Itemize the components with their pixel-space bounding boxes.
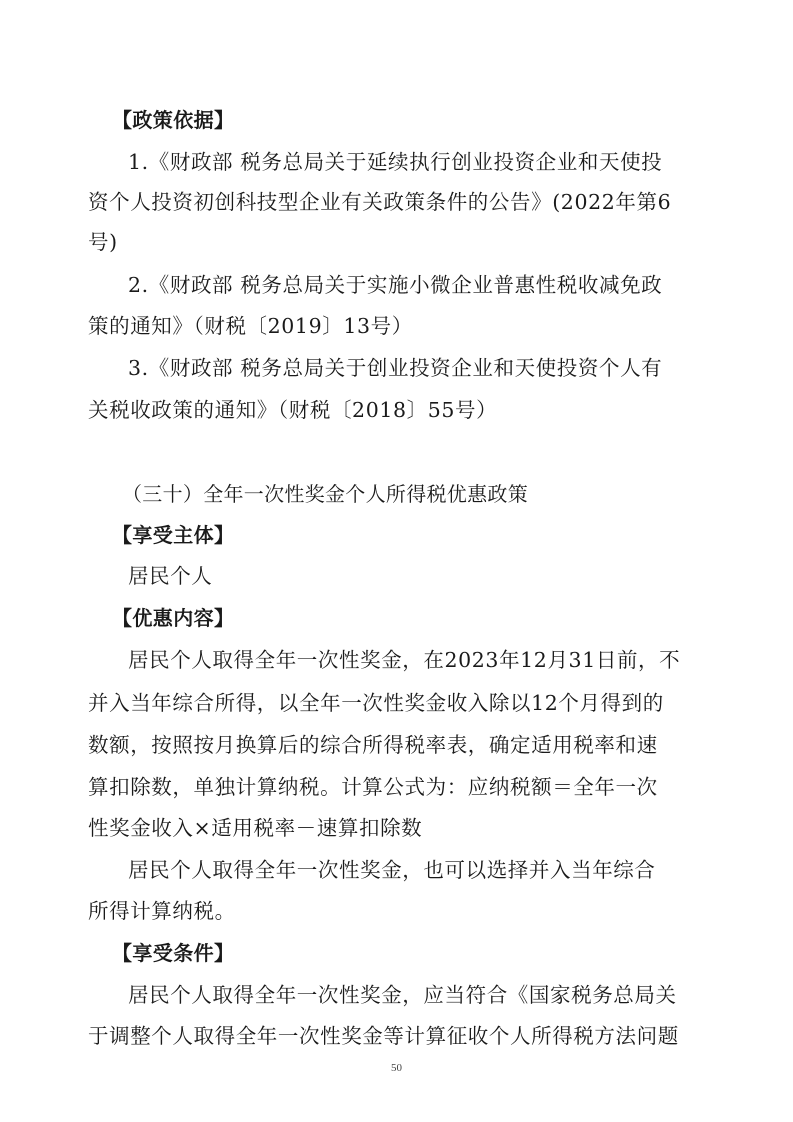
policy-basis-line: 3.《财政部 税务总局关于创业投资企业和天使投资个人有: [128, 355, 748, 381]
policy-basis-line: 关税收政策的通知》（财税〔2018〕55号）: [88, 397, 708, 423]
section-title: （三十）全年一次性奖金个人所得税优惠政策: [122, 481, 742, 507]
page-number: 50: [0, 1062, 793, 1074]
subject-heading: 【享受主体】: [112, 522, 732, 548]
policy-basis-line: 1.《财政部 税务总局关于延续执行创业投资企业和天使投: [128, 149, 748, 175]
content-line: 性奖金收入×适用税率－速算扣除数: [88, 815, 708, 841]
document-page: 【政策依据】 1.《财政部 税务总局关于延续执行创业投资企业和天使投 资个人投资…: [0, 0, 793, 1122]
content-line: 算扣除数，单独计算纳税。计算公式为：应纳税额＝全年一次: [88, 774, 708, 800]
content-line: 并入当年综合所得，以全年一次性奖金收入除以12个月得到的: [88, 690, 708, 716]
content-heading: 【优惠内容】: [112, 605, 732, 631]
condition-line: 居民个人取得全年一次性奖金，应当符合《国家税务总局关: [128, 982, 748, 1008]
policy-basis-heading: 【政策依据】: [112, 107, 732, 133]
condition-heading: 【享受条件】: [112, 940, 732, 966]
condition-line: 于调整个人取得全年一次性奖金等计算征收个人所得税方法问题: [88, 1023, 708, 1049]
policy-basis-line: 号): [88, 229, 708, 255]
policy-basis-line: 资个人投资初创科技型企业有关政策条件的公告》(2022年第6: [88, 189, 708, 215]
policy-basis-line: 策的通知》（财税〔2019〕13号）: [88, 313, 708, 339]
content-line: 所得计算纳税。: [88, 898, 708, 924]
content-line: 居民个人取得全年一次性奖金，在2023年12月31日前，不: [128, 647, 748, 673]
policy-basis-line: 2.《财政部 税务总局关于实施小微企业普惠性税收减免政: [128, 272, 748, 298]
content-line: 居民个人取得全年一次性奖金，也可以选择并入当年综合: [128, 857, 748, 883]
subject-text: 居民个人: [128, 563, 748, 589]
content-line: 数额，按照按月换算后的综合所得税率表，确定适用税率和速: [88, 732, 708, 758]
